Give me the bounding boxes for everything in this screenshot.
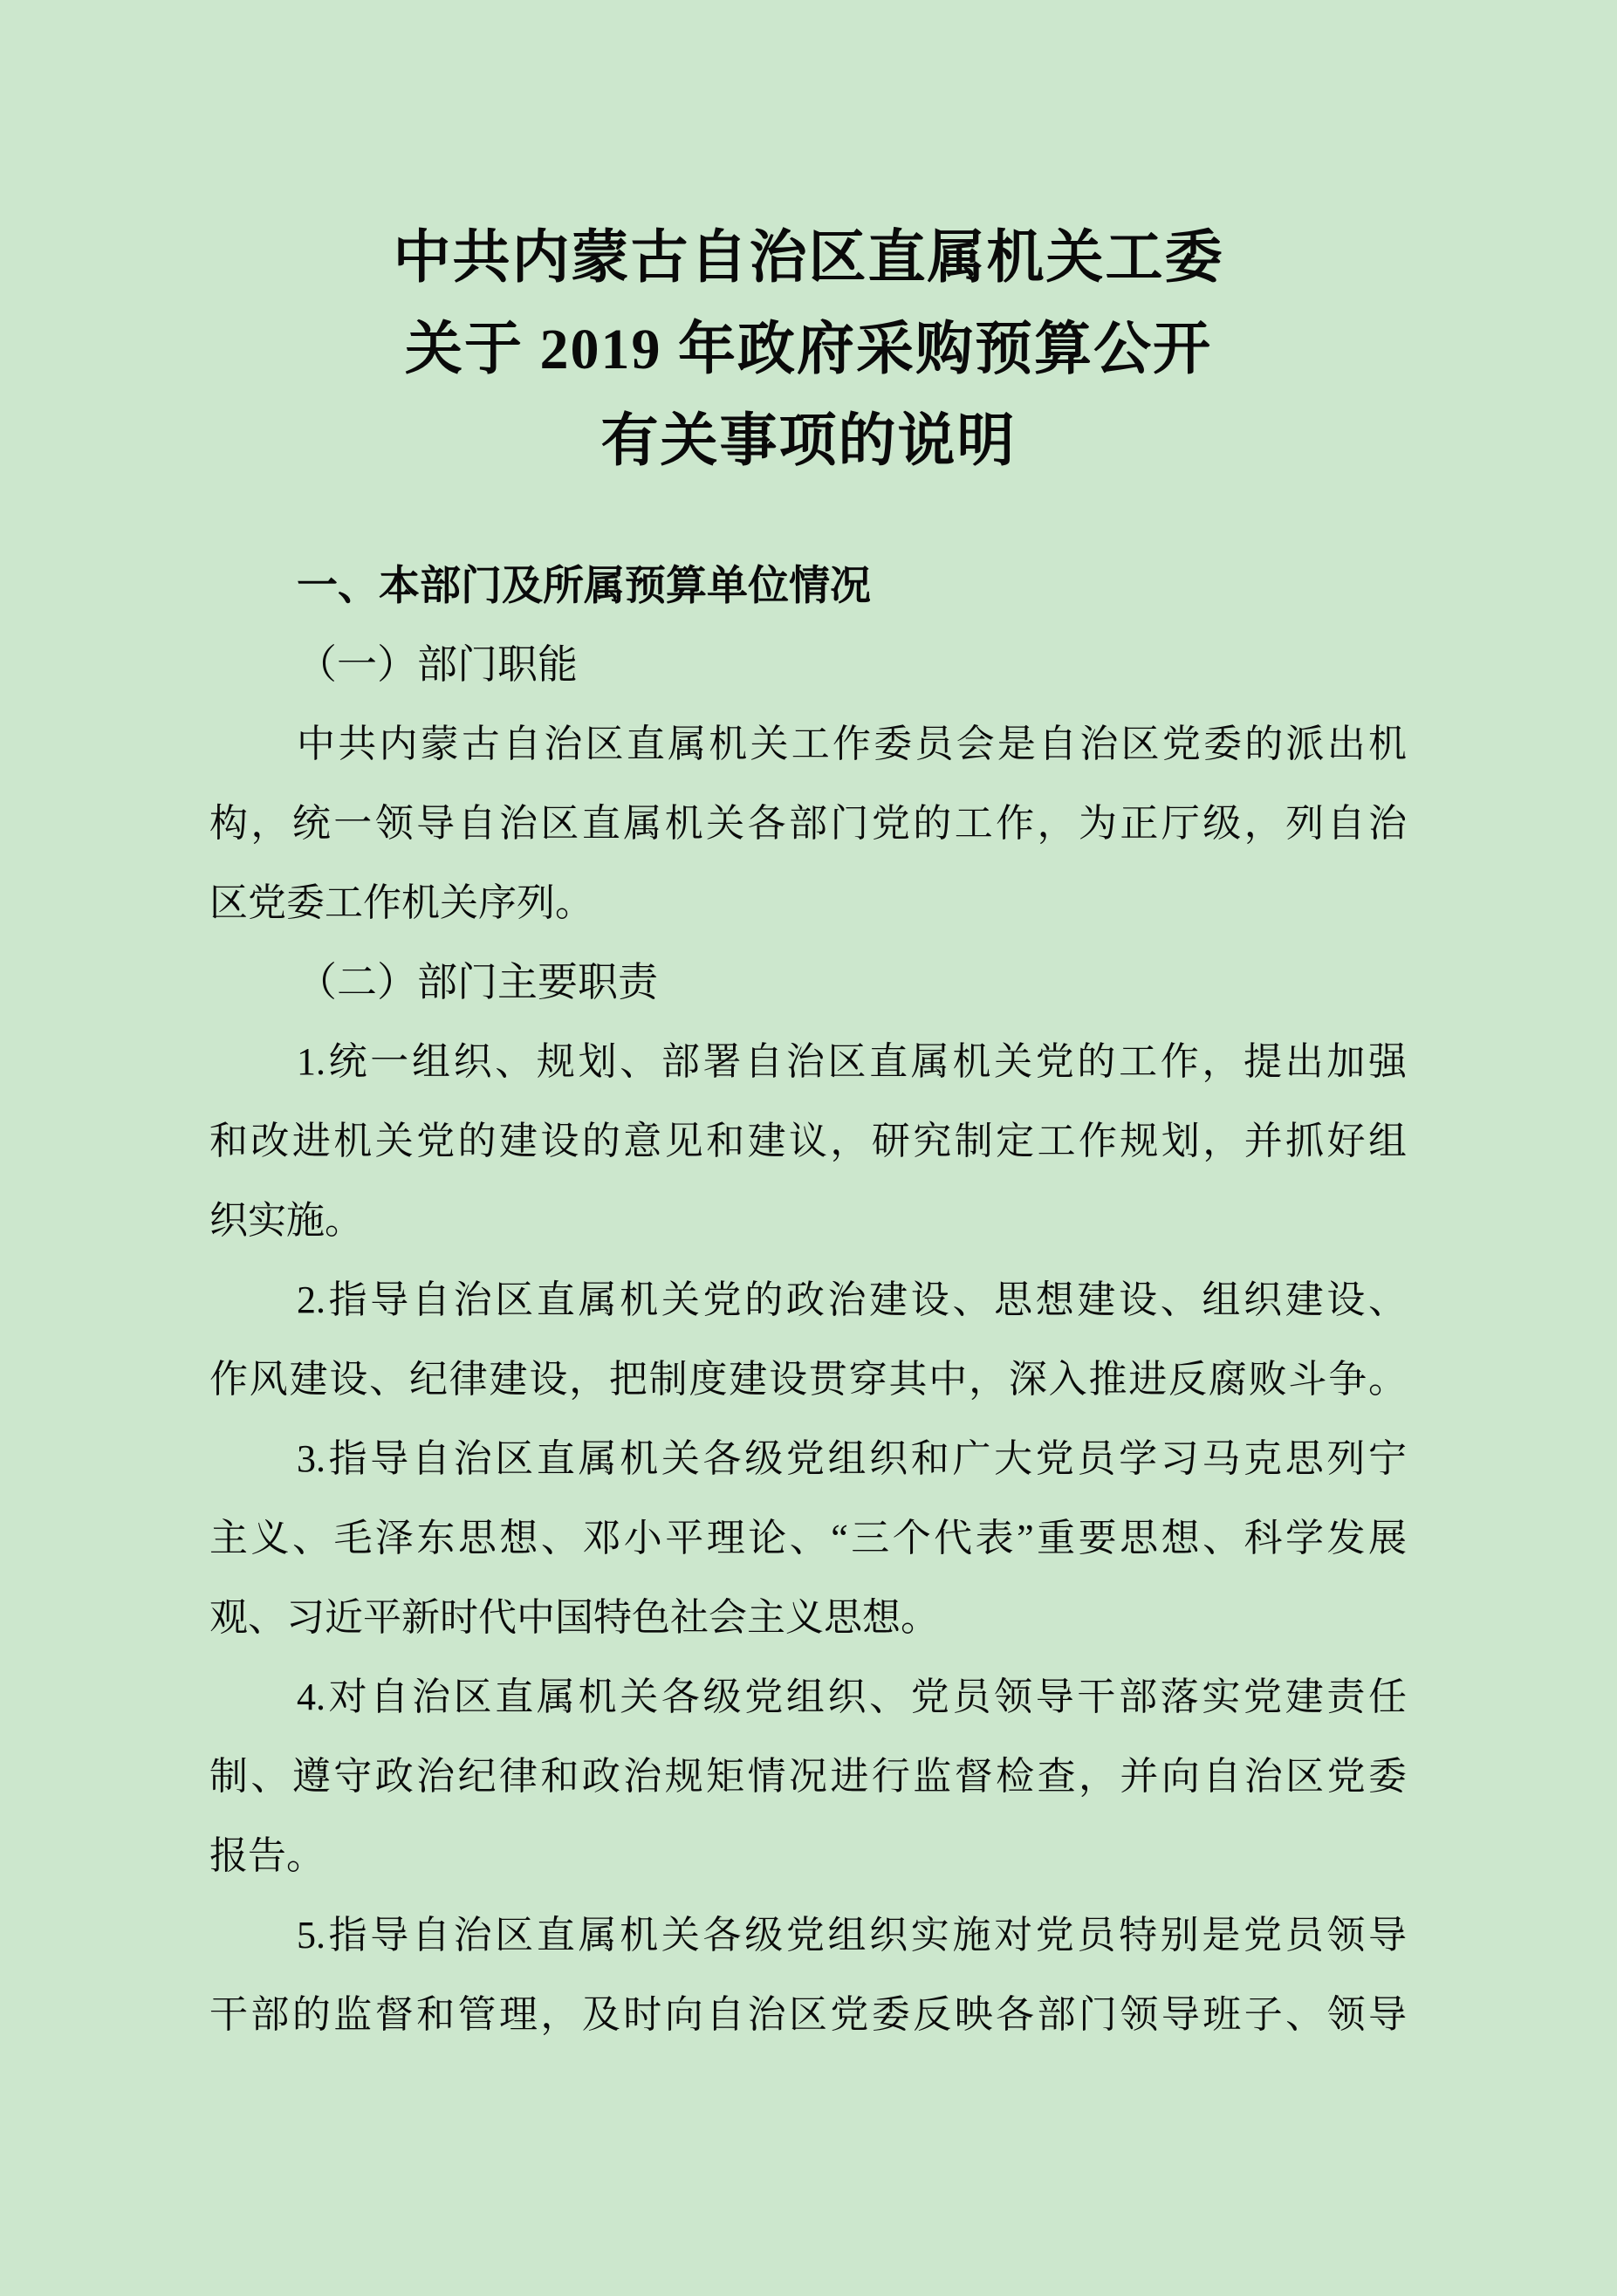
body-text-line: 和改进机关党的建设的意见和建议，研究制定工作规划，并抓好组 [209,1101,1407,1181]
title-line: 有关事项的说明 [0,395,1617,487]
body-text-line: 3.指导自治区直属机关各级党组织和广大党员学习马克思列宁 [209,1419,1407,1498]
body-text-line: 1.统一组织、规划、部署自治区直属机关党的工作，提出加强 [209,1022,1407,1101]
document-body: 一、本部门及所属预算单位情况（一）部门职能中共内蒙古自治区直属机关工作委员会是自… [209,545,1407,2054]
section-heading: 一、本部门及所属预算单位情况 [209,545,1407,625]
body-text-line: 干部的监督和管理，及时向自治区党委反映各部门领导班子、领导 [209,1975,1407,2054]
title-line: 中共内蒙古自治区直属机关工委 [0,212,1617,304]
body-text-line: 中共内蒙古自治区直属机关工作委员会是自治区党委的派出机 [209,704,1407,784]
body-text-line: 织实施。 [209,1181,1407,1260]
body-text-line: 构，统一领导自治区直属机关各部门党的工作，为正厅级，列自治 [209,784,1407,863]
body-text-line: 主义、毛泽东思想、邓小平理论、“三个代表”重要思想、科学发展 [209,1498,1407,1578]
body-text-line: 观、习近平新时代中国特色社会主义思想。 [209,1578,1407,1657]
body-text-line: 5.指导自治区直属机关各级党组织实施对党员特别是党员领导 [209,1895,1407,1975]
body-text-line: 制、遵守政治纪律和政治规矩情况进行监督检查，并向自治区党委 [209,1737,1407,1816]
body-text-line: 报告。 [209,1816,1407,1895]
body-text-line: 2.指导自治区直属机关党的政治建设、思想建设、组织建设、 [209,1260,1407,1340]
document-title: 中共内蒙古自治区直属机关工委关于 2019 年政府采购预算公开有关事项的说明 [0,212,1617,487]
document-page: 中共内蒙古自治区直属机关工委关于 2019 年政府采购预算公开有关事项的说明 一… [0,0,1617,2296]
sub-heading: （一）部门职能 [209,625,1407,704]
title-line: 关于 2019 年政府采购预算公开 [0,304,1617,395]
body-text-line: 4.对自治区直属机关各级党组织、党员领导干部落实党建责任 [209,1657,1407,1737]
sub-heading: （二）部门主要职责 [209,942,1407,1022]
body-text-line: 区党委工作机关序列。 [209,863,1407,942]
body-text-line: 作风建设、纪律建设，把制度建设贯穿其中，深入推进反腐败斗争。 [209,1340,1407,1419]
